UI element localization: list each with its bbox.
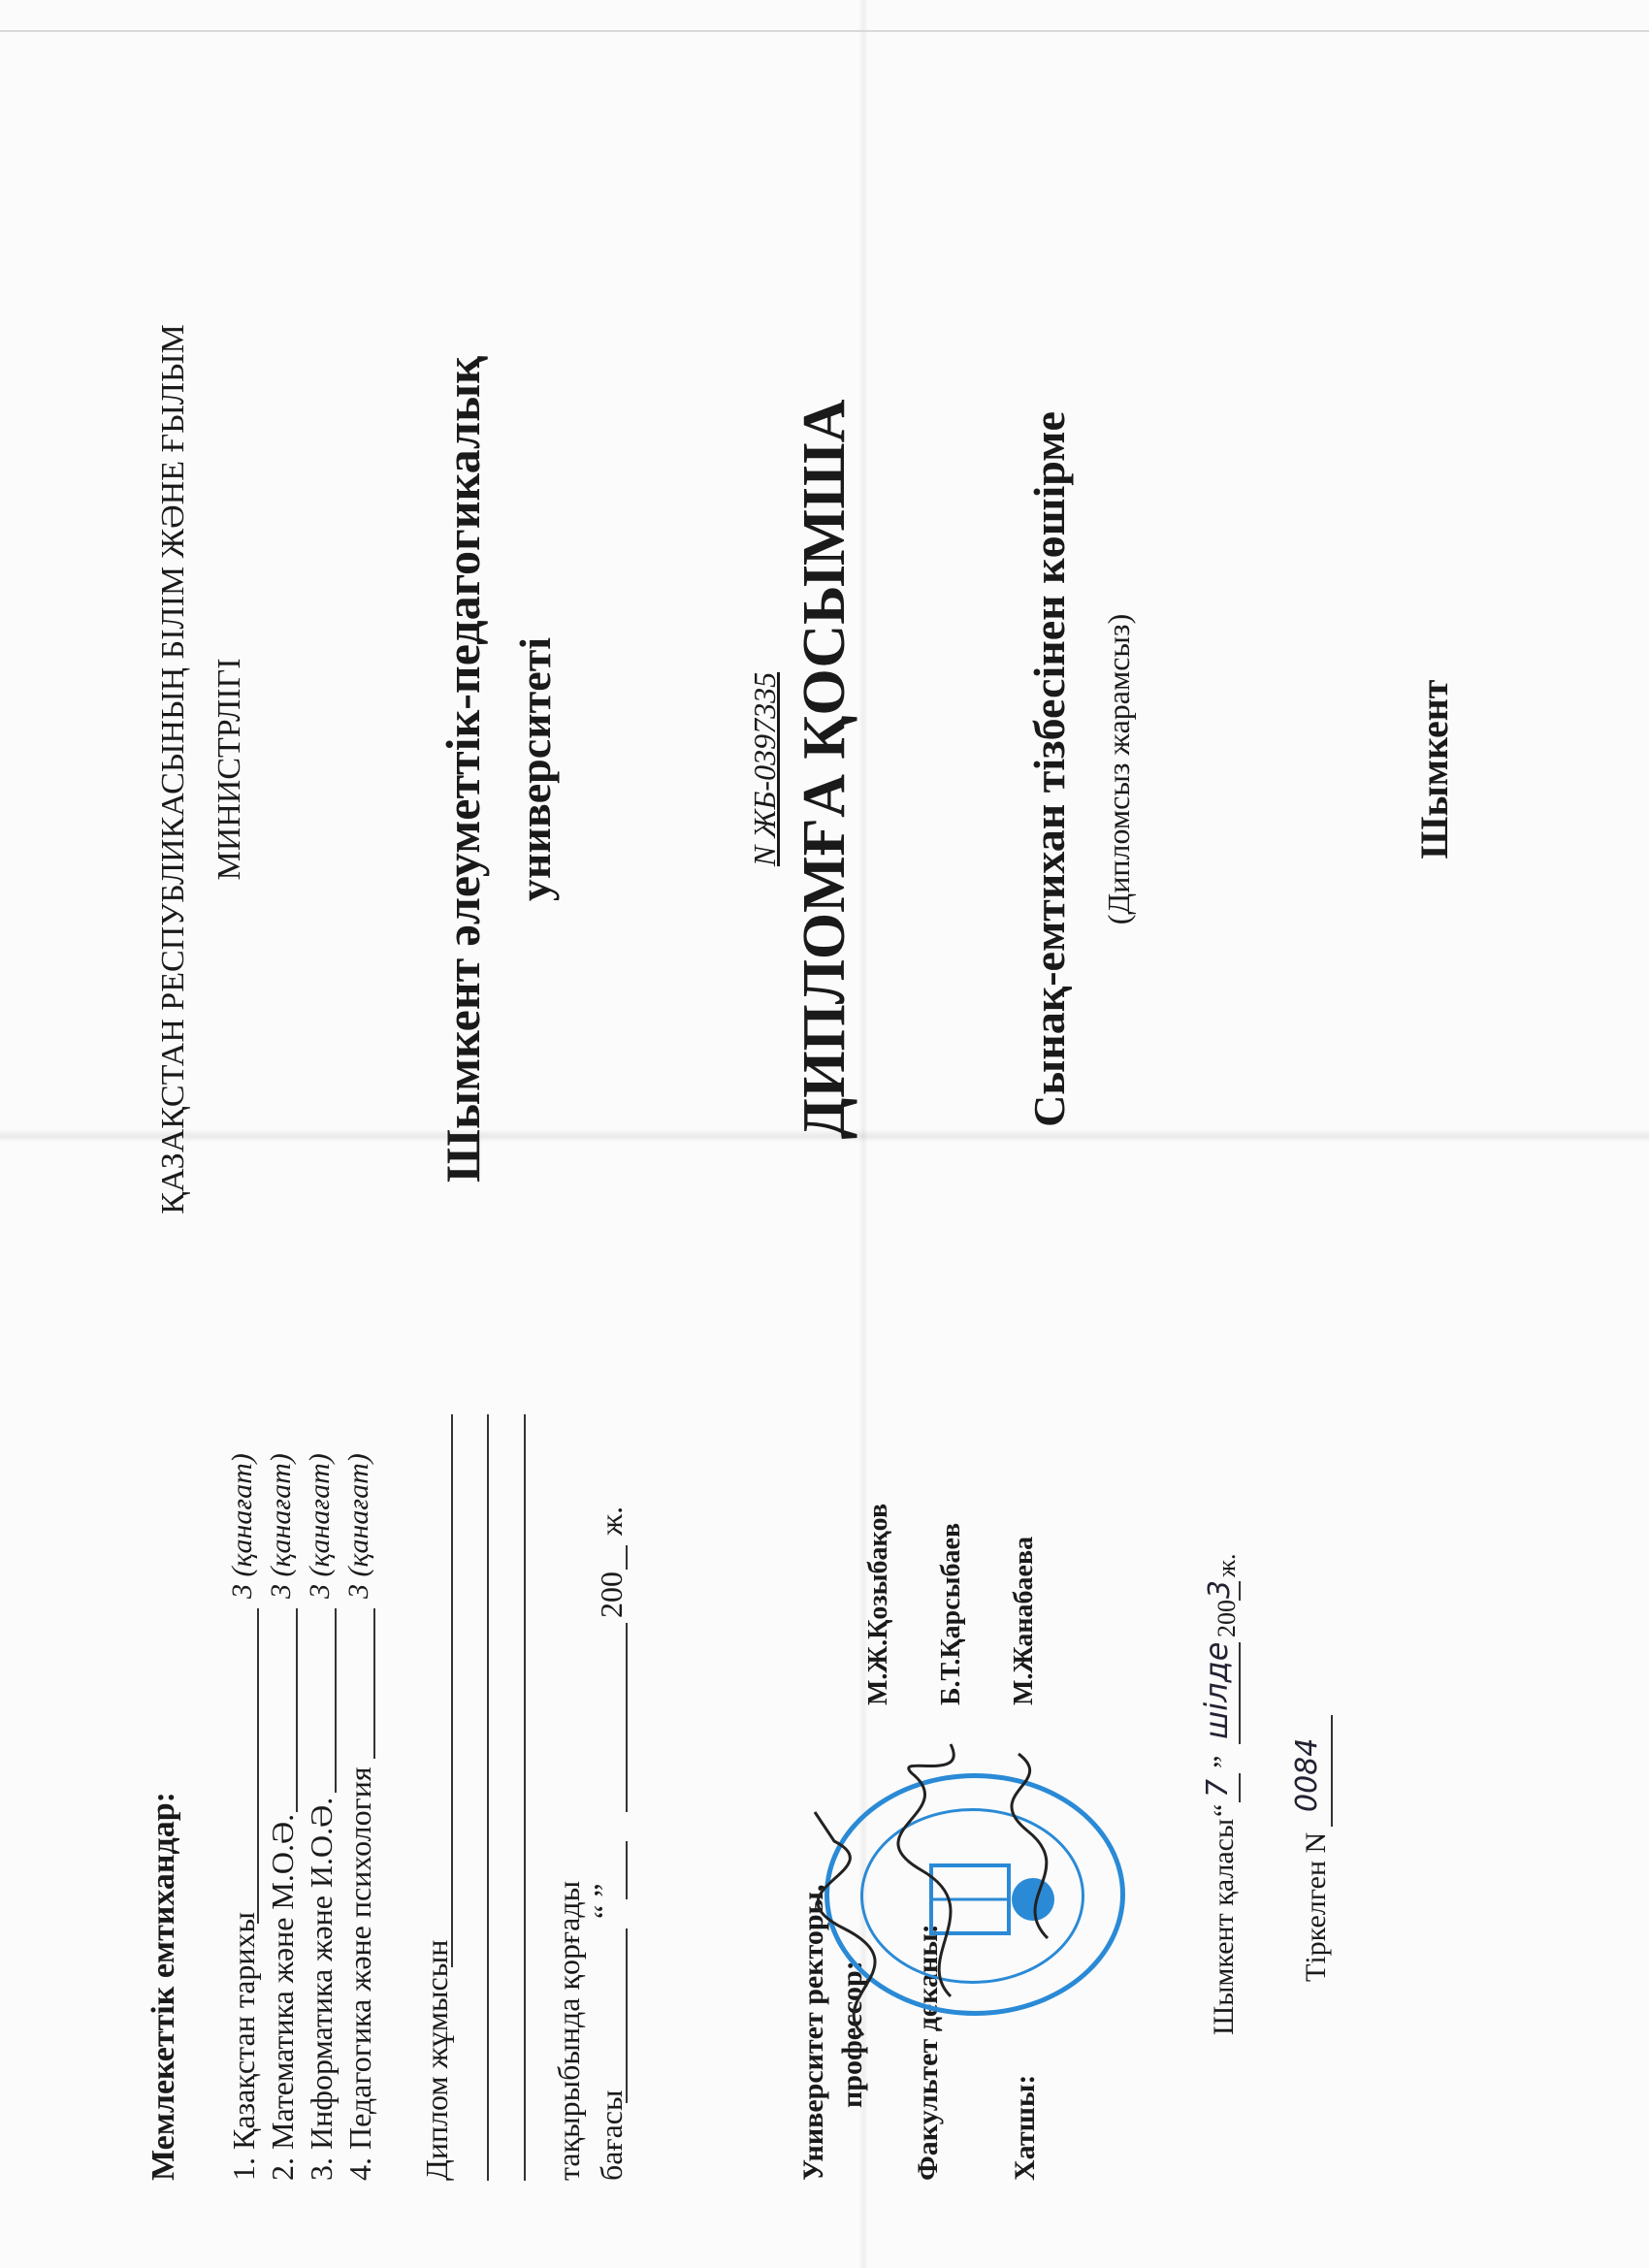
issue-day-line: [1239, 1773, 1241, 1802]
issue-year-digit: 3: [1203, 1580, 1237, 1599]
diploma-supplement-sheet: Мемлекеттік емтихандар: 1. Қазақстан тар…: [0, 0, 1649, 2268]
issue-year-line: [1239, 1581, 1241, 1601]
thesis-grade-label: бағасы: [594, 2090, 630, 2181]
secretary-label: Хатшы:: [1009, 2075, 1042, 2181]
issue-year-prefix: 200: [1212, 1600, 1242, 1637]
university-name-line-2: университеті: [509, 637, 561, 901]
city-name: Шымкент: [1411, 680, 1457, 859]
issue-year-suffix: ж.: [1212, 1554, 1242, 1577]
exam-grade-2: 3 (қанағат): [265, 1453, 298, 1599]
registered-label: Тіркелген N: [1300, 1832, 1333, 1982]
exam-item-1: 1. Қазақстан тарихы: [226, 1912, 262, 2181]
exam-grade-3: 3 (қанағат): [304, 1453, 337, 1599]
issue-day: 7: [1201, 1779, 1235, 1798]
issue-month: шілде: [1198, 1642, 1235, 1739]
exam-line-2: [296, 1608, 298, 1812]
issue-month-line: [1239, 1642, 1241, 1744]
exam-line-3: [335, 1608, 337, 1793]
university-name-line-1: Шымкент әлеуметтік-педагогикалық: [435, 356, 491, 1183]
thesis-line-3: [524, 1414, 526, 2181]
handwritten-signatures: [805, 1647, 1096, 2055]
thesis-grade-line: [626, 1928, 628, 2103]
thesis-label: Диплом жұмысын: [419, 1940, 455, 2181]
registered-number: 0084: [1290, 1738, 1324, 1812]
thesis-month-line: [626, 1623, 628, 1812]
exams-heading: Мемлекеттік емтихандар:: [145, 1792, 182, 2181]
thesis-year-suffix: ж.: [594, 1507, 630, 1536]
thesis-topic-label: тақырыбында қорғады: [551, 1881, 587, 2181]
thesis-date-quotes: “ ”: [587, 1884, 623, 1919]
exam-grade-4: 3 (қанағат): [342, 1453, 375, 1599]
document-subtitle: Сынақ-емтихан тізбесінен көшірме: [1023, 411, 1075, 1127]
validity-note: (Дипломсыз жарамсыз): [1101, 614, 1137, 924]
issue-close-quote: ”: [1208, 1756, 1241, 1768]
exam-item-2: 2. Математика және М.О.Ә.: [265, 1814, 301, 2181]
exam-item-4: 4. Педагогика және психология: [342, 1766, 378, 2181]
exam-item-3: 3. Информатика және И.О.Ә.: [304, 1798, 339, 2181]
diploma-number: N ЖБ-0397335: [747, 672, 783, 866]
thesis-day-line: [626, 1841, 628, 1899]
thesis-line-1: [451, 1414, 453, 1967]
exam-grade-1: 3 (қанағат): [226, 1453, 259, 1599]
registered-line: [1331, 1715, 1333, 1827]
thesis-line-2: [487, 1414, 489, 2181]
exam-line-1: [257, 1608, 259, 1924]
ministry-line-2: МИНИСТРЛІГІ: [211, 658, 248, 880]
issue-city-label: Шымкент қаласы: [1208, 1819, 1241, 2035]
thesis-year-line: [626, 1545, 628, 1570]
document-title: ДИПЛОМҒА ҚОСЫМША: [791, 400, 859, 1140]
paper-edge: [0, 30, 1649, 32]
thesis-year-prefix: 200: [594, 1571, 630, 1618]
ministry-line-1: ҚАЗАҚСТАН РЕСПУБЛИКАСЫНЫҢ БІЛІМ ЖӘНЕ ҒЫЛ…: [155, 324, 192, 1214]
exam-line-4: [373, 1608, 375, 1759]
issue-open-quote: “: [1208, 1804, 1241, 1817]
